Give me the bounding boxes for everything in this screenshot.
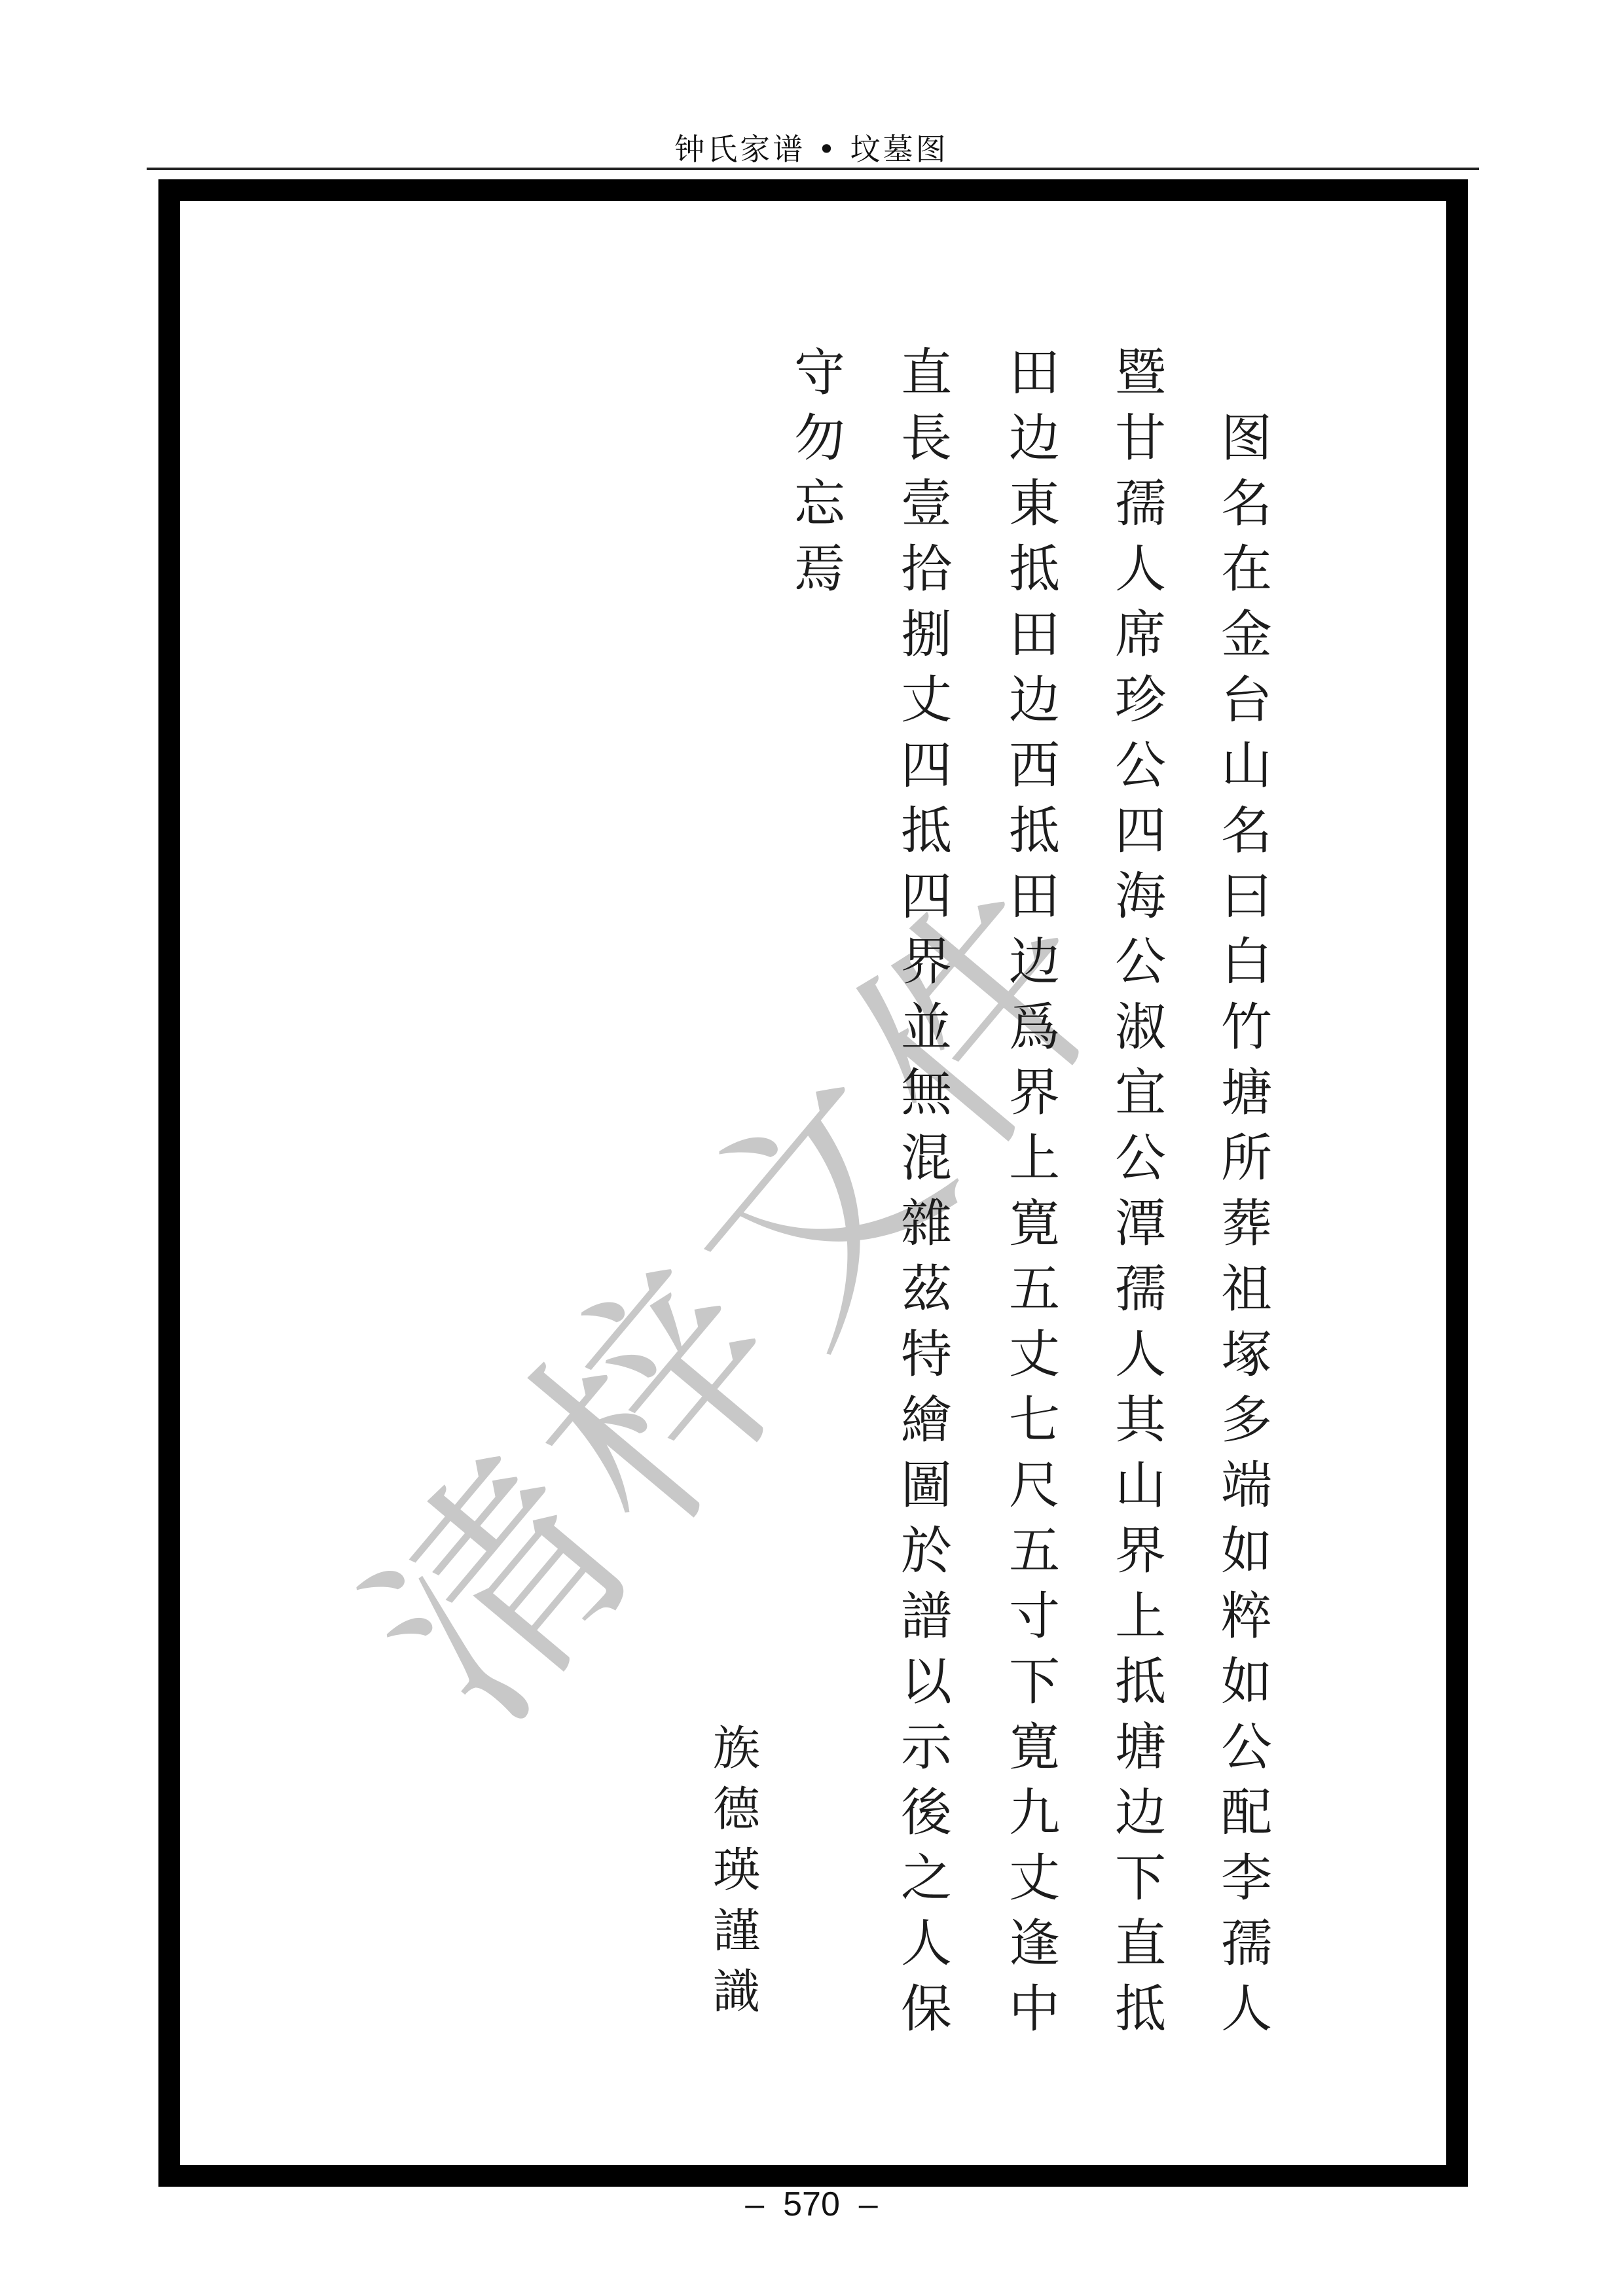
char: 無 — [894, 1060, 959, 1126]
char: 边 — [1002, 668, 1067, 733]
char: 金 — [1214, 602, 1279, 668]
char: 公 — [1214, 1715, 1279, 1780]
page-number: – 570 – — [0, 2186, 1623, 2223]
char: 並 — [894, 995, 959, 1060]
char: 李 — [1214, 1846, 1279, 1911]
char: 名 — [1214, 798, 1279, 864]
char: 公 — [1108, 929, 1173, 995]
char: 尺 — [1002, 1453, 1067, 1518]
char: 山 — [1108, 1453, 1173, 1518]
char: 海 — [1108, 864, 1173, 929]
char: 台 — [1214, 668, 1279, 733]
char: 孺 — [1108, 1257, 1173, 1322]
char: 其 — [1108, 1388, 1173, 1453]
text-column-3: 田 边 東 抵 田 边 西 抵 田 边 爲 界 上 寛 五 丈 七 尺 五 寸 … — [1002, 340, 1067, 2042]
char: 抵 — [1108, 1977, 1173, 2042]
char: 於 — [894, 1518, 959, 1584]
char: 人 — [1214, 1977, 1279, 2042]
char: 葬 — [1214, 1191, 1279, 1257]
char: 以 — [894, 1649, 959, 1715]
char: 爲 — [1002, 995, 1067, 1060]
char: 捌 — [894, 602, 959, 668]
char: 謹 — [704, 1901, 769, 1962]
char: 如 — [1214, 1518, 1279, 1584]
char: 潭 — [1108, 1191, 1173, 1257]
char: 雜 — [894, 1191, 959, 1257]
char: 暨 — [1108, 340, 1173, 406]
char: 九 — [1002, 1780, 1067, 1846]
signature-column: 族 德 瑛 謹 識 — [704, 1718, 769, 2022]
char: 拾 — [894, 537, 959, 602]
char: 茲 — [894, 1257, 959, 1322]
char: 界 — [1002, 1060, 1067, 1126]
char: 寸 — [1002, 1584, 1067, 1649]
char: 塘 — [1108, 1715, 1173, 1780]
char: 公 — [1108, 733, 1173, 798]
char: 抵 — [1002, 798, 1067, 864]
char: 寛 — [1002, 1191, 1067, 1257]
char: 人 — [1108, 1322, 1173, 1388]
char: 如 — [1214, 1649, 1279, 1715]
char: 特 — [894, 1322, 959, 1388]
char: 孺 — [1108, 471, 1173, 537]
char: 圖 — [894, 1453, 959, 1518]
char: 界 — [1108, 1518, 1173, 1584]
text-column-4: 直 長 壹 拾 捌 丈 四 抵 四 界 並 無 混 雜 茲 特 繪 圖 於 譜 … — [894, 340, 959, 2042]
char: 田 — [1002, 602, 1067, 668]
char: 塚 — [1214, 1322, 1279, 1388]
char: 上 — [1108, 1584, 1173, 1649]
char: 上 — [1002, 1126, 1067, 1191]
char: 五 — [1002, 1257, 1067, 1322]
char: 曰 — [1214, 864, 1279, 929]
char: 宜 — [1108, 1060, 1173, 1126]
char: 抵 — [1108, 1649, 1173, 1715]
text-column-5: 守 勿 忘 焉 — [787, 340, 852, 602]
char: 公 — [1108, 1126, 1173, 1191]
char: 所 — [1214, 1126, 1279, 1191]
page-header-title: 钟氏家谱 • 坟墓图 — [0, 131, 1623, 168]
char: 忘 — [787, 471, 852, 537]
char: 丈 — [1002, 1322, 1067, 1388]
char: 名 — [1214, 471, 1279, 537]
char: 在 — [1214, 537, 1279, 602]
char: 淑 — [1108, 995, 1173, 1060]
char: 西 — [1002, 733, 1067, 798]
char: 甘 — [1108, 406, 1173, 471]
char: 丈 — [1002, 1846, 1067, 1911]
char: 边 — [1002, 929, 1067, 995]
header-rule — [147, 168, 1479, 170]
char: 中 — [1002, 1977, 1067, 2042]
char: 長 — [894, 406, 959, 471]
char: 逢 — [1002, 1911, 1067, 1977]
char: 人 — [1108, 537, 1173, 602]
char: 後 — [894, 1780, 959, 1846]
char: 边 — [1002, 406, 1067, 471]
char: 人 — [894, 1911, 959, 1977]
char: 直 — [894, 340, 959, 406]
char: 抵 — [1002, 537, 1067, 602]
char: 孺 — [1214, 1911, 1279, 1977]
char: 珍 — [1108, 668, 1173, 733]
char: 塘 — [1214, 1060, 1279, 1126]
char: 多 — [1214, 1388, 1279, 1453]
char: 守 — [787, 340, 852, 406]
char: 族 — [704, 1718, 769, 1779]
char: 壹 — [894, 471, 959, 537]
char: 下 — [1108, 1846, 1173, 1911]
char: 東 — [1002, 471, 1067, 537]
char: 抵 — [894, 798, 959, 864]
char: 山 — [1214, 733, 1279, 798]
char: 焉 — [787, 537, 852, 602]
char: 繪 — [894, 1388, 959, 1453]
char: 識 — [704, 1962, 769, 2022]
char: 白 — [1214, 929, 1279, 995]
char: 之 — [894, 1846, 959, 1911]
char: 七 — [1002, 1388, 1067, 1453]
text-column-2: 暨 甘 孺 人 席 珍 公 四 海 公 淑 宜 公 潭 孺 人 其 山 界 上 … — [1108, 340, 1173, 2042]
char: 下 — [1002, 1649, 1067, 1715]
char: 直 — [1108, 1911, 1173, 1977]
char: 竹 — [1214, 995, 1279, 1060]
char: 边 — [1108, 1780, 1173, 1846]
char: 丈 — [894, 668, 959, 733]
char: 席 — [1108, 602, 1173, 668]
char: 譜 — [894, 1584, 959, 1649]
char: 配 — [1214, 1780, 1279, 1846]
char: 粹 — [1214, 1584, 1279, 1649]
char: 勿 — [787, 406, 852, 471]
char: 四 — [894, 864, 959, 929]
char: 祖 — [1214, 1257, 1279, 1322]
char: 混 — [894, 1126, 959, 1191]
char: 田 — [1002, 340, 1067, 406]
char: 五 — [1002, 1518, 1067, 1584]
char: 田 — [1002, 864, 1067, 929]
char: 端 — [1214, 1453, 1279, 1518]
char: 四 — [894, 733, 959, 798]
char: 寛 — [1002, 1715, 1067, 1780]
char: 界 — [894, 929, 959, 995]
char: 四 — [1108, 798, 1173, 864]
char: 保 — [894, 1977, 959, 2042]
char: 示 — [894, 1715, 959, 1780]
char: 瑛 — [704, 1840, 769, 1901]
char: 图 — [1214, 406, 1279, 471]
text-column-1: 图 名 在 金 台 山 名 曰 白 竹 塘 所 葬 祖 塚 多 端 如 粹 如 … — [1214, 406, 1279, 2042]
char: 德 — [704, 1779, 769, 1840]
